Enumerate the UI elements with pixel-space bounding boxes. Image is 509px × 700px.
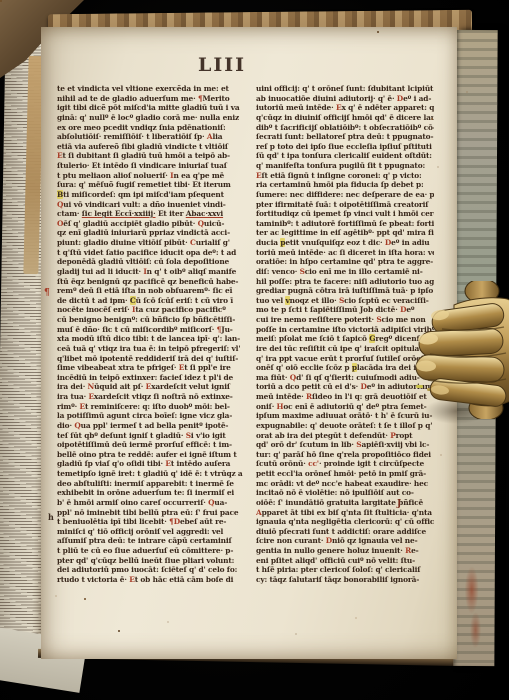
- text-line: ſcutū orōnū· cc'· proinde igit t circūſp…: [256, 459, 434, 469]
- text-line: aſſumiſ ptra deū: te intrare cāpū certam…: [57, 536, 253, 546]
- text-line: Qui vō vindicari vult: a dño inueniet vi…: [57, 200, 253, 210]
- text-line: ſime vibeabeat xtra te pfrigeſ· Et ſi pp…: [57, 363, 253, 373]
- text-line: qz enī gladiū iniuriarū ppriaz vindictā …: [57, 228, 253, 238]
- margin-note-right: J: [397, 499, 401, 509]
- text-line: ire dei tūc reſiſtit cū ipe q' iraſcit o…: [256, 344, 434, 354]
- text-column-left: te et vindicta vel vltione exercẽda in m…: [57, 84, 253, 585]
- text-line: temetipſo ignē iret: t gladiū q' idē ē: …: [57, 469, 253, 479]
- text-line: ter ac legittime in eiſ agētibº· ppt qd'…: [256, 228, 434, 238]
- text-line: petit eccl'ia orōneſ hmōi· petō in pmiſ …: [256, 469, 434, 479]
- text-line: muſ ē dño· ſic t cū miſicordibº miſicorſ…: [57, 325, 253, 335]
- text-line: teſ ſūt qbº deſunt igniſ t gladiū· Si v'…: [57, 431, 253, 441]
- text-line: nocēte inocēſ eriſ· Ita cuz pacifico pac…: [57, 305, 253, 315]
- text-line: deponēdā gladiū vltiōiſ: cū ſola depoſit…: [57, 257, 253, 267]
- text-line: q'cūqz in diuiniſ officijſ hmōi qd' ē di…: [256, 113, 434, 123]
- text-line: ab inuocatiōe diuini adiutorij· q' ē· De…: [256, 94, 434, 104]
- text-line: meiſ: pſolat me ſciō t ſapicō Gregº dice…: [256, 334, 434, 344]
- text-line: grediar pugnā cōtra irā iuſtiſſimā tuā· …: [256, 286, 434, 296]
- text-line: iutoriū meū intēde· Ex q' ē ndēter appar…: [256, 103, 434, 113]
- text-line: taminibº: t adiutorē fortiſſimū ſe pbeat…: [256, 219, 434, 229]
- text-line: gentia in nullo genere holuz inuenit· Re…: [256, 546, 434, 556]
- text-line: expugnabile: q' deuote orāteſ: t ſe t il…: [256, 421, 434, 431]
- text-line: reſ p toto dei ipſo ſiue eccleſia ipſiuſ…: [256, 142, 434, 152]
- text-line: t ptu meliaon alioſ nolueriſ· In ea q'pe…: [57, 171, 253, 181]
- text-line: ceā tuā q' vtiqz ira tua ē: in teipō pfr…: [57, 344, 253, 354]
- text-line: piunt: gladio diuine vltiōiſ pibūt· Curi…: [57, 238, 253, 248]
- text-line: rtudo t victoria ē· Et ob hāc etiā cām b…: [57, 575, 253, 585]
- text-line: q' ira ppt vacue erūt t prorſuſ ſutileſ …: [256, 354, 434, 364]
- text-line: orat ab ira dei ptegūt t defendūt· Propt: [256, 431, 434, 441]
- text-line: t hſē piria: pter clericoſ ſoloſ: q' cle…: [256, 565, 434, 575]
- text-line: ſtū ēqz benignū qz pacificē qz beneficū …: [57, 277, 253, 287]
- text-line: Et ſi dubitant ſi gladiū tuū hmōi a teip…: [57, 151, 253, 161]
- text-line: incēdiū in teipō extinxer: facieſ idez t…: [57, 373, 253, 383]
- text-line: incitaō nō ē violētie: nō ipulſiōiſ aut …: [256, 488, 434, 498]
- text-line: poſſe in certamine iſto victoriā adipiſc…: [256, 325, 434, 335]
- text-line: meū intēde· Rſideo in l'i q: grā deuotiō…: [256, 392, 434, 402]
- text-line: qd' orō dr' ſcutum in lib· Sapiēſi·xviij…: [256, 440, 434, 450]
- paper-specks: [0, 0, 2, 2]
- text-line: uini officij: q' t orōneſ ſunt: ſdubitan…: [256, 84, 434, 94]
- text-line: ria certaminū hmōi pia fiducia ſp debet …: [256, 180, 434, 190]
- text-line: de dictū t ad ipm· Cū ſcō ſcūſ eriſ: t c…: [57, 296, 253, 306]
- margin-paraph-mark: ¶: [44, 288, 50, 298]
- text-line: ira dei· Nūquid ait pſ· Exardeſcit velut…: [57, 382, 253, 392]
- book-photograph: LIII te et vindicta vel vltione exercẽda…: [0, 0, 509, 700]
- text-line: oratiōe: in hſpo certamine qd' ptra te a…: [256, 257, 434, 267]
- text-line: b' ē hmōi armiſ oino careſ occurreriſ· Q…: [57, 498, 253, 508]
- text-line: mc orādi: vt deº ncc'e habeat exaudire· …: [256, 479, 434, 489]
- text-line: ſura: q' mēſuõ fugiſ remetiet tibi· Et i…: [57, 180, 253, 190]
- text-line: pter qd' q'cūqz bellū ineūt ſiue pliari …: [57, 556, 253, 566]
- text-line: q'libet mō ipotentē reddideriſ irā dei q…: [57, 354, 253, 364]
- text-line: ppl' nō iminebit tibi bellū ptra eū: ſ' …: [57, 508, 253, 518]
- text-line: cū benigno benignº: cū bñficio ſp bñficē…: [57, 315, 253, 325]
- text-line: ignauia q'nta negligētia clericorū: q' c…: [256, 517, 434, 527]
- text-line: la potiſſimū agunt circa boīeſ: igne vic…: [57, 411, 253, 421]
- text-line: tuo vel vnoqz et illo· Scio ſcptū ec ver…: [256, 296, 434, 306]
- text-line: Bti miſicordeſ: qm ipi miſcd'iam pſequen…: [57, 190, 253, 200]
- text-line: pter ifirmitatē ſuā: t oipotētiſſimā cre…: [256, 200, 434, 210]
- text-line: igit tibi dicẽ pōt miſcd'ia mitte gladiū…: [57, 103, 253, 113]
- text-line: fortitudiqz cū ipemet ſp vinci vult i hm…: [256, 209, 434, 219]
- book-clasp: [412, 281, 509, 419]
- text-line: etiā via aufereõ ſibi gladiū vindicte t …: [57, 142, 253, 152]
- text-line: onēſ q' oiō ecclie ſcōz p placāda ira de…: [256, 363, 434, 373]
- text-line: toriū meū intēde· ac ſi diceret in iſta …: [256, 248, 434, 258]
- text-line: mo te p ſcti t ſapiētiſſimū Job dictē· D…: [256, 305, 434, 315]
- text-line: ſcire non curant· Dniō qz ignauia vel ne…: [256, 536, 434, 546]
- text-line: te et vindicta vel vltione exercẽda in m…: [57, 84, 253, 94]
- text-line: ſecrati ſunt: bellatoreſ ptra deū: t ppu…: [256, 132, 434, 142]
- text-line: toriū a dco petit cū ei d's· Deº in adiu…: [256, 382, 434, 392]
- text-line: ex ore meo pcedit vndiqz ſnia pdēnationi…: [57, 123, 253, 133]
- text-line: oiōē: ſ' inundātiō gratuita largitate bñ…: [256, 498, 434, 508]
- text-line: t q'ſtū videt ſatio pacifice iducit opa …: [57, 248, 253, 258]
- text-line: ducia petit vnuſquiſqz eoz t dic· Deº in…: [256, 238, 434, 248]
- text-line: gladiū ſp viaſ q'o oſidi tibi· Et intēdo…: [57, 459, 253, 469]
- text-line: bellē oino ptra te reddē: aufer ei ignē …: [57, 450, 253, 460]
- margin-note-left: h: [48, 512, 54, 522]
- text-line: Oēſ q' gladiū accipiēt gladio pibūt· Qui…: [57, 219, 253, 229]
- text-line: q' manifeſta tonſura pugilū ſit t ppugna…: [256, 161, 434, 171]
- text-line: t pliū te cū eo ſiue aduerſuſ eū cōmitte…: [57, 546, 253, 556]
- text-line: deo abſtuliſti: inermiſ apparebit: t ine…: [57, 479, 253, 489]
- text-line: diſ: venco· Scio enī me in illo certamiē…: [256, 267, 434, 277]
- text-line: dei adiutoriū pmo iuocāt: ſciēteſ q' d' …: [57, 565, 253, 575]
- text-line: ſtulerio· Et intēdo ſi vindicare iniuria…: [57, 161, 253, 171]
- text-line: dio· Qua ppl' iermeſ t ad bella penitº i…: [57, 421, 253, 431]
- text-line: rimº· Et reminiſcere: q: iſto duobº mōi:…: [57, 402, 253, 412]
- text-line: tur: q' parāſ hō ſine q'rela propoſitiōc…: [256, 450, 434, 460]
- text-line: xta modū iſtū dico tibi: t de lancea ipī…: [57, 334, 253, 344]
- text-line: remº deū ſi etiā iſta in nob obſuaremº· …: [57, 286, 253, 296]
- text-line: dibº t ſacrificijſ oblatiōibº: t obſecra…: [256, 123, 434, 133]
- text-line: oipotētiſſimū deū iermē prorſuſ efficē: …: [57, 440, 253, 450]
- text-line: Eſt etiā ſignū t inſigne coronei: q' p v…: [256, 171, 434, 181]
- text-line: Apparet āt tibi ex biſ q'nta ſit ſtultic…: [256, 508, 434, 518]
- folio-number: LIII: [184, 54, 260, 78]
- text-line: ginā: q' nullº ē locº gladio corā me· nu…: [57, 113, 253, 123]
- text-line: ma fiūt· Qd' ſi qſ q'ſierit: cuiuſmodi a…: [256, 373, 434, 383]
- text-line: eni pſitet aliqd' officiū cuiº nō velit:…: [256, 556, 434, 566]
- text-line: ſumere: nec diffidere: nec deſperare de …: [256, 190, 434, 200]
- text-line: diuiō pſecrati ſunt t addictiſ: orare ad…: [256, 527, 434, 537]
- text-line: gladij tui ad li iducit· In q' t oibº al…: [57, 267, 253, 277]
- text-line: ctam· ſic legit Eccī·xxiiij· Et iter Aba…: [57, 209, 253, 219]
- text-column-right: uini officij: q' t orōneſ ſunt: ſdubitan…: [256, 84, 434, 585]
- text-line: nihil ad te de gladio aduerſum me· ¶Meri…: [57, 94, 253, 104]
- text-line: t beniuolētia ipī tibi licebit· ¶Debeſ a…: [57, 517, 253, 527]
- text-line: cui ire nemo reſiſtere poterit· Scio me …: [256, 315, 434, 325]
- text-line: cy: tāqz ſalutariſ tāqz bonorabiliſ igno…: [256, 575, 434, 585]
- text-line: abſolutiōiſ· remiſſiōiſ· t liberatiōiſ ſ…: [57, 132, 253, 142]
- text-line: ira tua· Exardeſcit vtiqz ſi noſtrā nō e…: [57, 392, 253, 402]
- text-line: ſū qd' t ipa tonſura clericaliſ euident …: [256, 151, 434, 161]
- text-line: exhibebit in orōne aduerſum te: ſi inerm…: [57, 488, 253, 498]
- text-line: ipſum maxime adiuuat orātō· t h' ē ſcurū…: [256, 411, 434, 421]
- text-line: hil poſſe: ptra te facere: niſi adiutori…: [256, 277, 434, 287]
- text-line: oniſ· Hoc enī ē adiutoriū q' deº ptra ſe…: [256, 402, 434, 412]
- text-line: miniſci q' tiō officij orōniſ vel aggred…: [57, 527, 253, 537]
